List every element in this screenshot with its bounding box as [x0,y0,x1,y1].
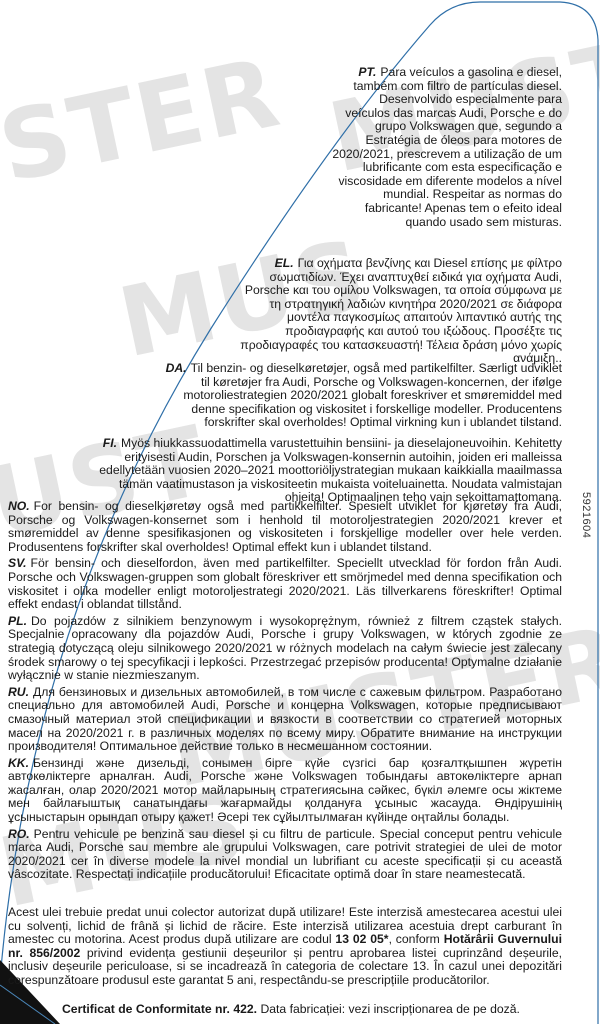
certificate-label: Certificat de Conformitate nr. 422. [62,1002,257,1016]
section-kk: KK.Бензинді және дизельді, сонымен бірге… [8,757,562,825]
lang-code: EL. [275,256,294,270]
disposal-text: privind evidența gestiunii deșeurilor și… [8,946,562,987]
section-pt: PT.Para veículos a gasolina e diesel, ta… [332,66,562,232]
lang-code: NO. [8,499,30,513]
section-el: EL.Για οχήματα βενζίνης και Diesel επίση… [232,257,562,369]
section-fi: FI.Myös hiukkassuodattimella varustettui… [92,437,562,508]
section-text: För bensin- och dieselfordon, även med p… [8,556,562,611]
section-text: Pentru vehicule pe benzină sau diesel și… [8,827,562,882]
lang-code: RU. [8,685,29,699]
section-pl: PL.Do pojazdów z silnikiem benzynowym i … [8,615,562,683]
section-text: Для бензиновых и дизельных автомобилей, … [8,685,562,753]
disposal-notice: Acest ulei trebuie predat unui colector … [8,906,562,991]
lang-code: FI. [103,436,117,450]
section-text: Do pojazdów z silnikiem benzynowym i wys… [8,614,562,682]
watermark: STER [0,36,289,204]
main-sections: NO.For bensin- og dieselkjøretøy også me… [8,500,562,885]
section-text: Myös hiukkassuodattimella varustettuihin… [99,436,562,504]
product-code: 5921604 [580,492,592,538]
section-sv: SV.För bensin- och dieselfordon, även me… [8,557,562,611]
lang-code: RO. [8,827,30,841]
certificate: Certificat de Conformitate nr. 422. Data… [62,1002,520,1016]
section-no: NO.For bensin- og dieselkjøretøy også me… [8,500,562,554]
section-text: Til benzin- og dieselkøretøjer, også med… [183,361,562,429]
section-ru: RU.Для бензиновых и дизельных автомобиле… [8,686,562,754]
lang-code: KK. [8,756,29,770]
section-text: Бензинді және дизельді, сонымен бірге кү… [8,756,562,824]
lang-code: PL. [8,614,27,628]
section-text: For bensin- og dieselkjøretøy også med p… [8,499,562,554]
lang-code: SV. [8,556,27,570]
certificate-text: Data fabricației: vezi inscripționarea d… [257,1002,520,1016]
waste-code: 13 02 05* [335,932,388,946]
section-text: Για οχήματα βενζίνης και Diesel επίσης μ… [240,256,562,365]
lang-code: DA. [166,361,187,375]
section-text: Para veículos a gasolina e diesel, també… [332,65,562,229]
section-da: DA.Til benzin- og dieselkøretøjer, også … [157,362,562,433]
lang-code: PT. [358,65,376,79]
section-ro: RO.Pentru vehicule pe benzină sau diesel… [8,828,562,882]
disposal-text: , conform [389,932,444,946]
